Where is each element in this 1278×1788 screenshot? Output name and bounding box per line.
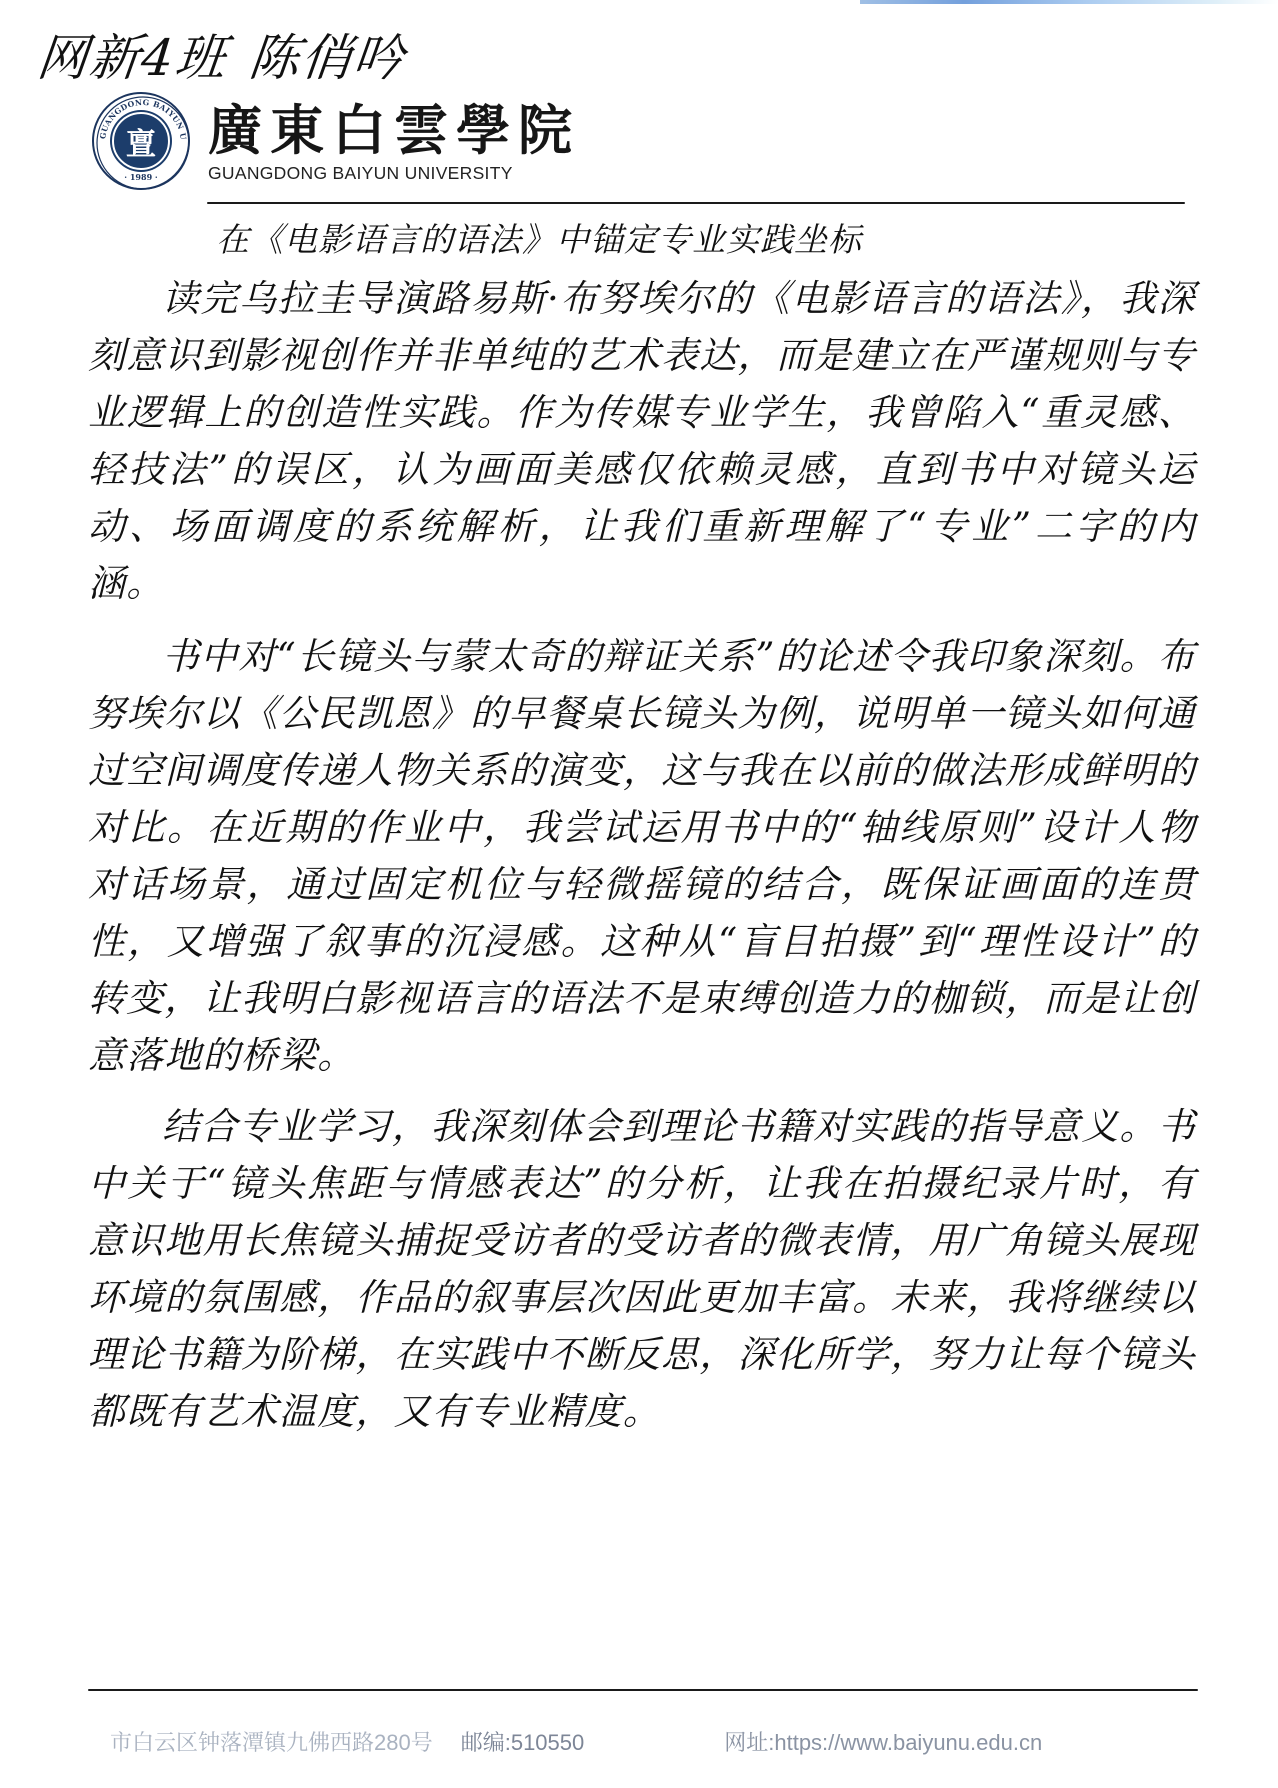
- essay-body: 在《电影语言的语法》中锚定专业实践坐标 读完乌拉圭导演路易斯·布努埃尔的《电影语…: [88, 212, 1196, 1440]
- university-letterhead: GUANGDONG BAIYUN UNIVERSITY 亶 · 1989 · 廣…: [92, 92, 580, 190]
- seal-emblem: 亶: [112, 112, 170, 170]
- university-name-cn: 廣東白雲學院: [208, 99, 580, 161]
- university-name-en: GUANGDONG BAIYUN UNIVERSITY: [208, 163, 580, 184]
- student-class: 网新4班: [35, 29, 231, 87]
- header-divider: [207, 202, 1185, 204]
- essay-title: 在《电影语言的语法》中锚定专业实践坐标: [88, 212, 1196, 268]
- footer-postcode: 邮编:510550: [461, 1726, 585, 1757]
- university-name-block: 廣東白雲學院 GUANGDONG BAIYUN UNIVERSITY: [208, 99, 580, 184]
- scan-edge-band: [860, 0, 1278, 4]
- essay-paragraph: 读完乌拉圭导演路易斯·布努埃尔的《电影语言的语法》，我深刻意识到影视创作并非单纯…: [88, 270, 1196, 612]
- footer-website: 网址:https://www.baiyunu.edu.cn: [724, 1726, 1042, 1757]
- essay-paragraph: 结合专业学习，我深刻体会到理论书籍对实践的指导意义。书中关于“镜头焦距与情感表达…: [88, 1098, 1196, 1440]
- footer-address: 市白云区钟落潭镇九佛西路280号: [110, 1726, 433, 1757]
- essay-paragraph: 书中对“长镜头与蒙太奇的辩证关系”的论述令我印象深刻。布努埃尔以《公民凯恩》的早…: [88, 628, 1196, 1084]
- footer-divider: [88, 1689, 1198, 1691]
- letterhead-footer: 市白云区钟落潭镇九佛西路280号 邮编:510550 网址:https://ww…: [110, 1726, 1270, 1757]
- university-seal-icon: GUANGDONG BAIYUN UNIVERSITY 亶 · 1989 ·: [92, 92, 190, 190]
- seal-year: · 1989 ·: [94, 172, 188, 182]
- student-name: 陈俏吟: [246, 29, 408, 87]
- student-signature: 网新4班陈俏吟: [34, 18, 409, 90]
